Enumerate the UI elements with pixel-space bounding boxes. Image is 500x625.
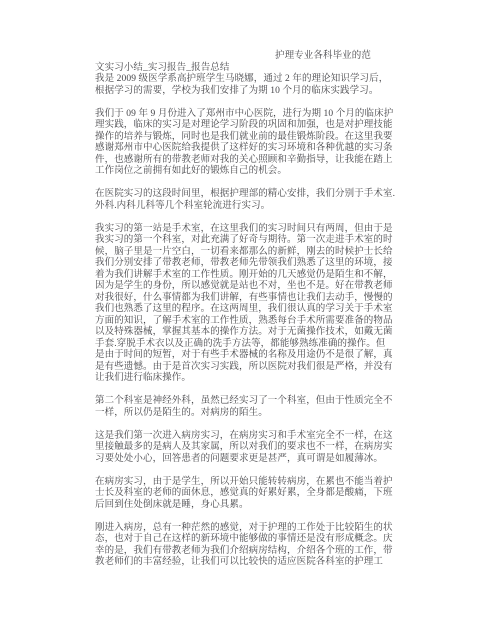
text-line: 对我很好，什么事情都为我们讲解，有些事情也让我们去动手，慢慢的: [95, 293, 383, 305]
text-line: 第二个科室是神经外科，虽然已经实习了一个科室，但由于性质完全不: [95, 396, 383, 408]
paragraph-7: 在病房实习，由于是学生，所以开始只能转转病房，在累也不能当着护士长及科室的老师的…: [95, 477, 383, 512]
paragraph-3: 在医院实习的这段时间里，根据护理部的精心安排，我们分别于手术室.外科.内科儿科等…: [95, 189, 383, 212]
text-line: 我实习的第一站是手术室，在这里我们的实习时间只有两周，但由于是: [95, 224, 383, 236]
text-line: 根据学习的需要，学校为我们安排了为期 10 个月的临床实践学习。: [95, 86, 383, 98]
paragraph-2: 我们于 09 年 9 月份进入了郑州市中心医院，进行为期 10 个月的临床护理实…: [95, 109, 383, 178]
paragraph-4: 我实习的第一站是手术室，在这里我们的实习时间只有两周，但由于是我实习的第一个科室…: [95, 224, 383, 385]
text-line: 着为我们讲解手术室的工作性质。刚开始的几天感觉仍是陌生和不解，: [95, 270, 383, 282]
text-line: 手套.穿脱手术衣以及正确的洗手方法等，都能够熟练准确的操作。但: [95, 339, 383, 351]
text-line: 是由于时间的短暂，对于有些手术器械的名称及用途仍不是很了解，真: [95, 350, 383, 362]
text-line: 我们分别安排了带教老师，带教老师先带领我们熟悉了这里的环境，接: [95, 258, 383, 270]
text-line: 刚进入病房，总有一种茫然的感觉，对于护理的工作处于比较陌生的状: [95, 523, 383, 535]
essay-body: 护理专业各科毕业的范文实习小结_实习报告_报告总结我是 2009 级医学系高护班…: [95, 51, 383, 580]
text-line: 让我们进行临床操作。: [95, 373, 383, 385]
text-line: 候，脑子里是一片空白，一切看来都那么的新鲜，刚去的时候护士长给: [95, 247, 383, 259]
text-line: 方面的知识，了解手术室的工作性质，熟悉每台手术所需要准备的物品: [95, 316, 383, 328]
text-line: 工作岗位之前拥有如此好的锻炼自己的机会。: [95, 166, 383, 178]
text-line: 态，也对于自己在这样的新环境中能够做的事情还是没有形成概念。庆: [95, 534, 383, 546]
paragraph-6: 这是我们第一次进入病房实习，在病房实习和手术室完全不一样，在这里接触最多的是病人…: [95, 431, 383, 466]
text-line: 我是 2009 级医学系高护班学生马晓娜，通过 2 年的理论知识学习后，: [95, 74, 383, 86]
doc-title-line-2: 文实习小结_实习报告_报告总结: [95, 63, 383, 75]
paragraph-1: 护理专业各科毕业的范文实习小结_实习报告_报告总结我是 2009 级医学系高护班…: [95, 51, 383, 97]
text-line: 教老师们的丰富经验，让我们可以比较快的适应医院各科室的护理工: [95, 557, 383, 569]
text-line: 幸的是，我们有带教老师为我们介绍病房结构，介绍各个班的工作，带: [95, 546, 383, 558]
text-line: 我们也熟悉了这里的程序。在这两周里，我们很认真的学习关于手术室: [95, 304, 383, 316]
text-line: 在医院实习的这段时间里，根据护理部的精心安排，我们分别于手术室.: [95, 189, 383, 201]
paragraph-8: 刚进入病房，总有一种茫然的感觉，对于护理的工作处于比较陌生的状态，也对于自己在这…: [95, 523, 383, 569]
doc-title-line-1: 护理专业各科毕业的范: [95, 51, 383, 63]
text-line: 士长及科室的老师的面休息，感觉真的好累好累，全身都是酸痛，下班: [95, 488, 383, 500]
text-line: 以及特殊器械，掌握其基本的操作方法。对于无菌操作技术，如戴无菌: [95, 327, 383, 339]
document-page: 护理专业各科毕业的范文实习小结_实习报告_报告总结我是 2009 级医学系高护班…: [0, 0, 500, 625]
text-line: 感谢郑州市中心医院给我提供了这样好的实习环境和各种优越的实习条: [95, 143, 383, 155]
text-line: 操作的培养与锻炼，同时也是我们就业前的最佳锻炼阶段。在这里我要: [95, 132, 383, 144]
text-line: 件，也感谢所有的带教老师对我的关心照顾和辛勤指导，让我能在踏上: [95, 155, 383, 167]
text-line: 后回到住处倒床就是睡，身心具累。: [95, 500, 383, 512]
text-line: 习要处处小心，回答患者的问题要求更是甚严，真可谓是如履薄冰。: [95, 454, 383, 466]
text-line: 外科.内科儿科等几个科室轮流进行实习。: [95, 201, 383, 213]
paragraph-5: 第二个科室是神经外科，虽然已经实习了一个科室，但由于性质完全不一样，所以仍是陌生…: [95, 396, 383, 419]
text-line: 一样，所以仍是陌生的。对病房的陌生。: [95, 408, 383, 420]
text-line: 是有些遗憾。由于是首次实习实践，所以医院对我们很是严格，并没有: [95, 362, 383, 374]
text-line: 理实践，临床的实习是对理论学习阶段的巩固和加强，也是对护理技能: [95, 120, 383, 132]
text-line: 在病房实习，由于是学生，所以开始只能转转病房，在累也不能当着护: [95, 477, 383, 489]
text-line: 我实习的第一个科室，对此充满了好奇与期待。第一次走进手术室的时: [95, 235, 383, 247]
text-line: 里接触最多的是病人及其家属，所以对我们的要求也不一样，在病房实: [95, 442, 383, 454]
text-line: 因为是学生的身份，所以感觉就是站也不对，坐也不是。好在带教老师: [95, 281, 383, 293]
text-line: 这是我们第一次进入病房实习，在病房实习和手术室完全不一样，在这: [95, 431, 383, 443]
text-line: 我们于 09 年 9 月份进入了郑州市中心医院，进行为期 10 个月的临床护: [95, 109, 383, 121]
